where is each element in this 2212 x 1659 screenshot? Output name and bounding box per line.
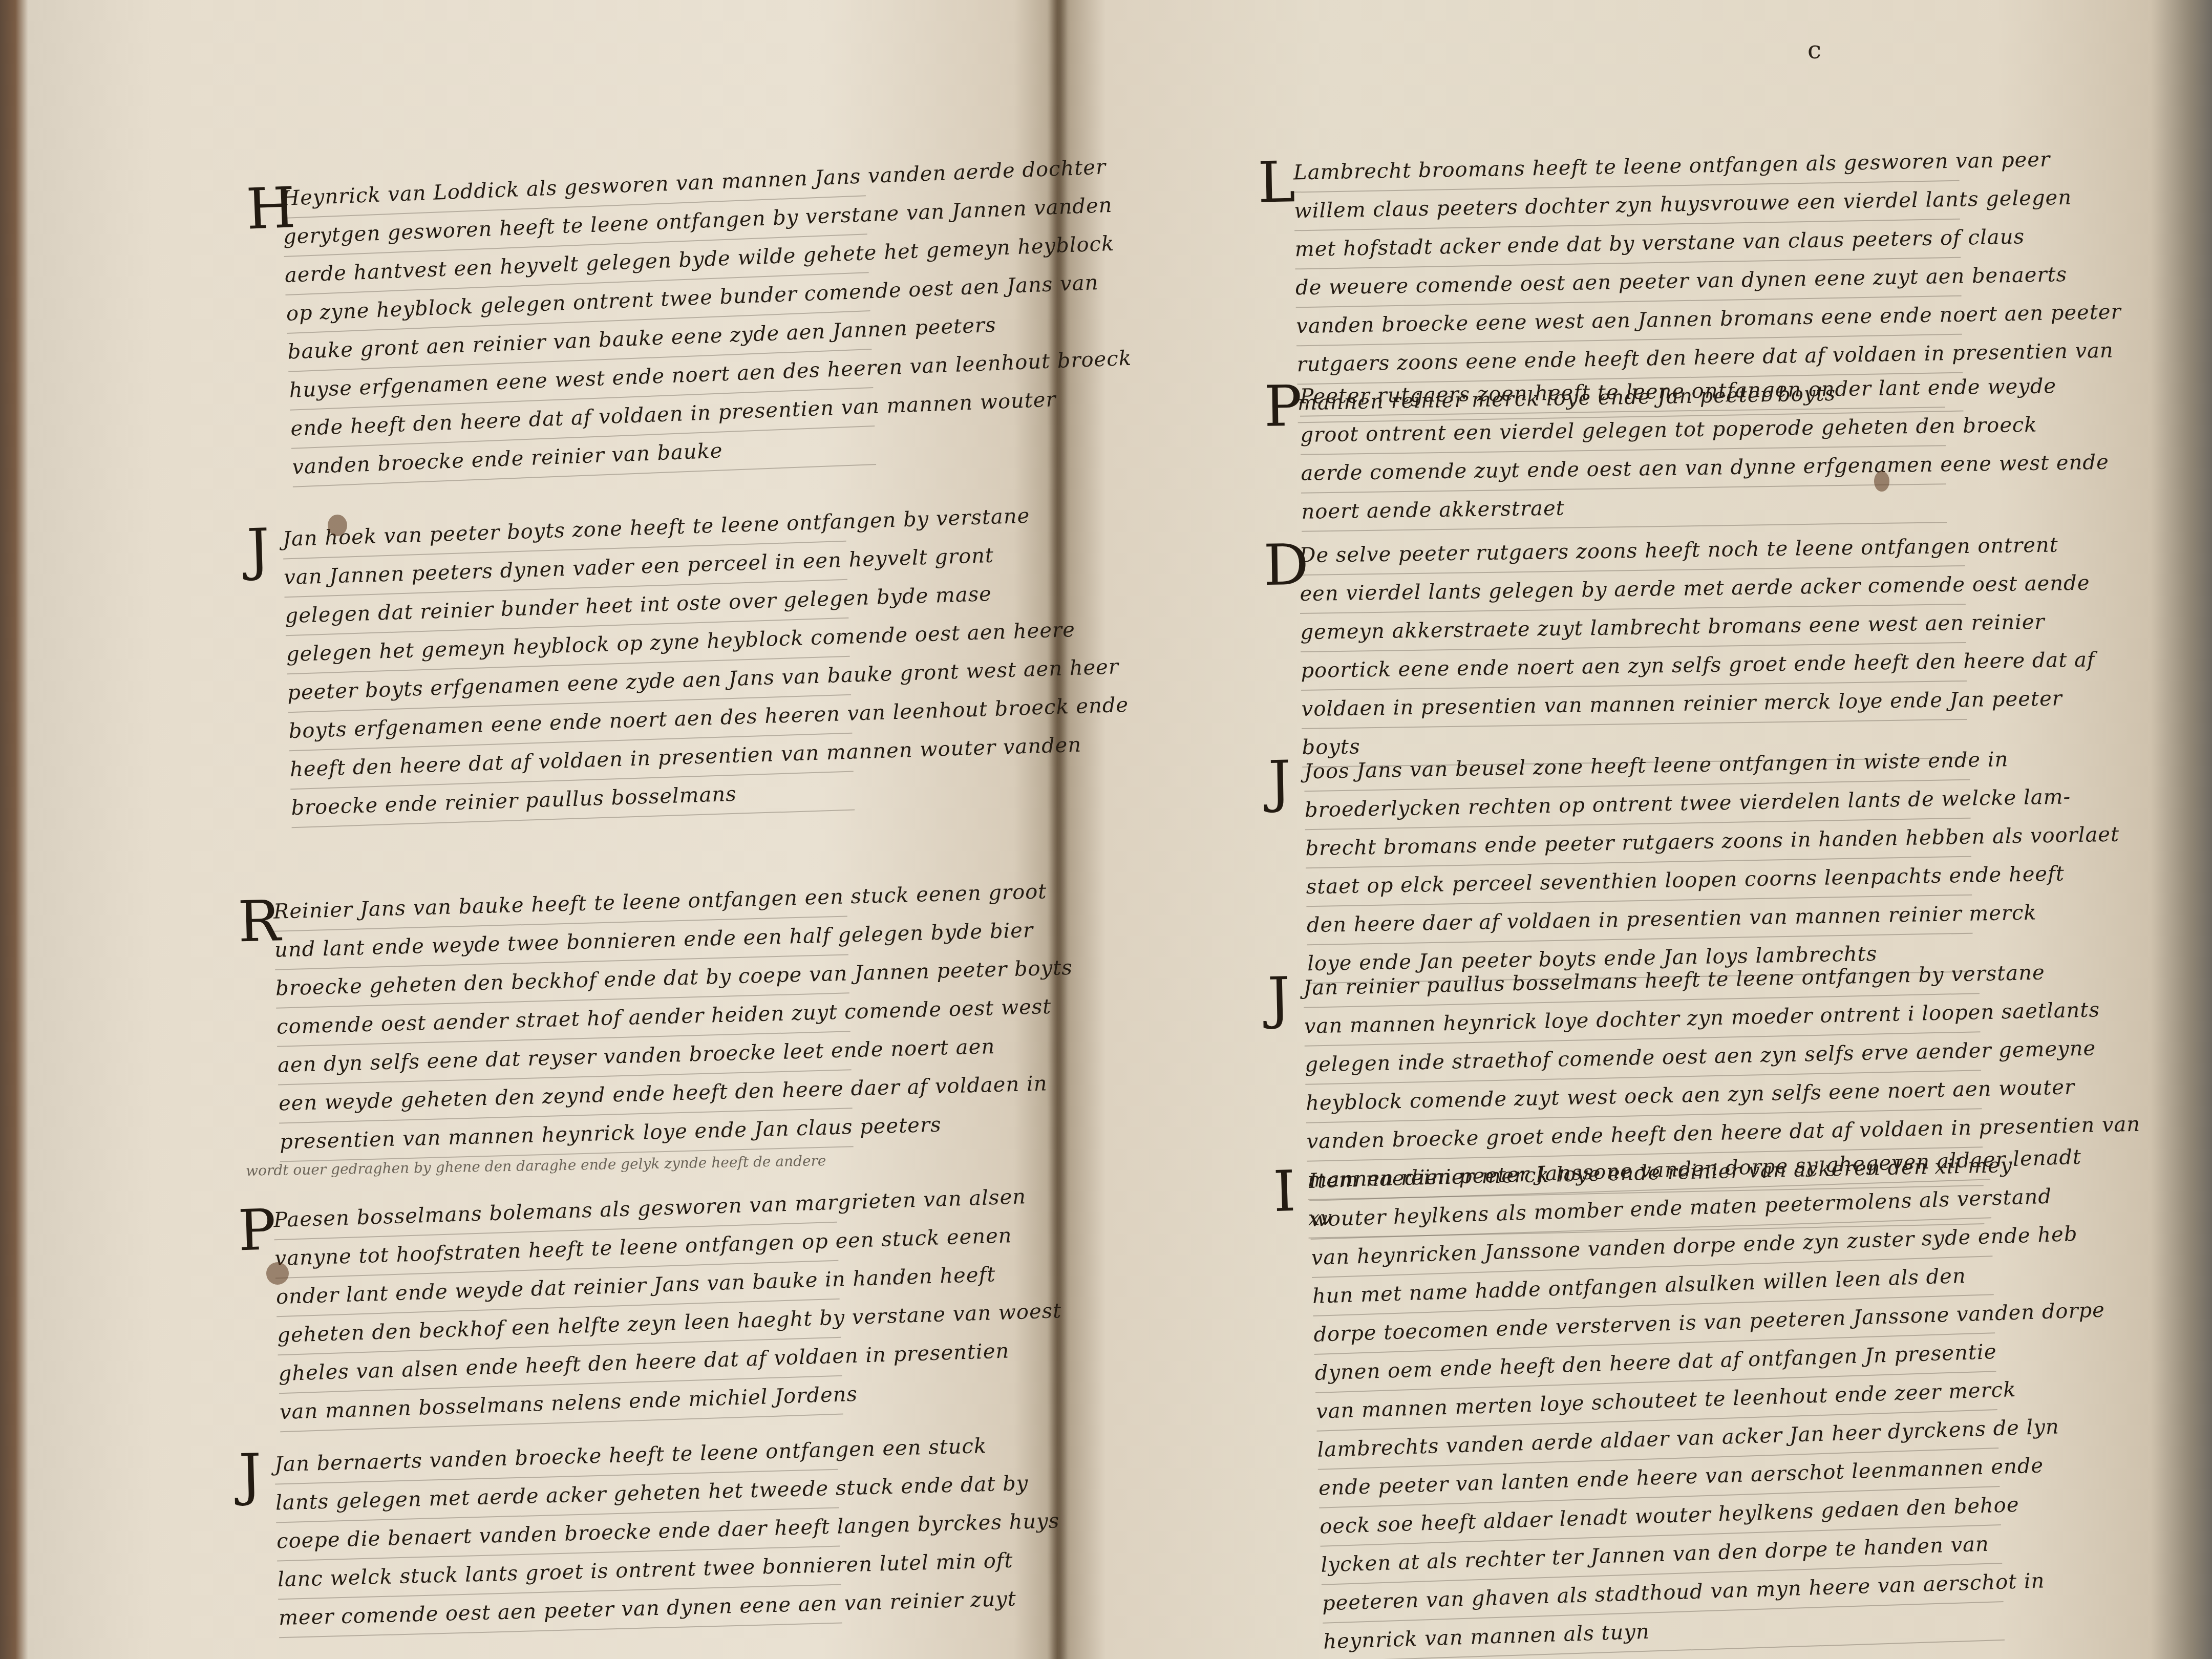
left-entry-2: J Jan hoek van peeter boyts zone heeft t… [282, 503, 855, 828]
decorated-initial: J [238, 1441, 262, 1507]
decorated-initial: D [1263, 532, 1309, 598]
ink-stain [266, 1262, 289, 1285]
left-page: H Heynrick van Loddick als gesworen van … [20, 0, 1045, 1659]
folio-mark: c [1807, 36, 1821, 65]
decorated-initial: J [1268, 749, 1291, 815]
right-entry-3: D De selve peeter rutgaers zoons heeft n… [1299, 528, 1968, 768]
decorated-initial: P [1264, 373, 1303, 439]
right-page: c L Lambrecht broomans heeft te leene on… [1070, 0, 2197, 1659]
right-entry-4: J Joos Jans van beusel zone heeft leene … [1304, 742, 1973, 984]
decorated-initial: I [1272, 1158, 1296, 1224]
open-manuscript-book: H Heynrick van Loddick als gesworen van … [0, 0, 2212, 1659]
decorated-initial: L [1257, 149, 1295, 215]
right-entry-2: P Peeter rutgaers zoen heeft te leene on… [1300, 369, 1947, 532]
left-entry-4: P Paesen bosselmans bolemans als geswore… [273, 1184, 843, 1432]
ink-stain [1874, 471, 1889, 492]
ink-stain [328, 515, 347, 536]
left-entry-5: J Jan bernaerts vanden broecke heeft te … [274, 1432, 842, 1639]
left-entry-3: R Reinier Jans van bauke heeft te leene … [273, 878, 853, 1162]
right-entry-6: I Item naedien peeter Janssone vanden do… [1308, 1141, 2005, 1659]
decorated-initial: J [1267, 965, 1291, 1031]
decorated-initial: J [246, 516, 271, 582]
decorated-initial: R [237, 888, 281, 954]
left-entry-1: H Heynrick van Loddick als gesworen van … [281, 158, 876, 487]
decorated-initial: P [237, 1197, 277, 1263]
decorated-initial: H [245, 175, 297, 242]
